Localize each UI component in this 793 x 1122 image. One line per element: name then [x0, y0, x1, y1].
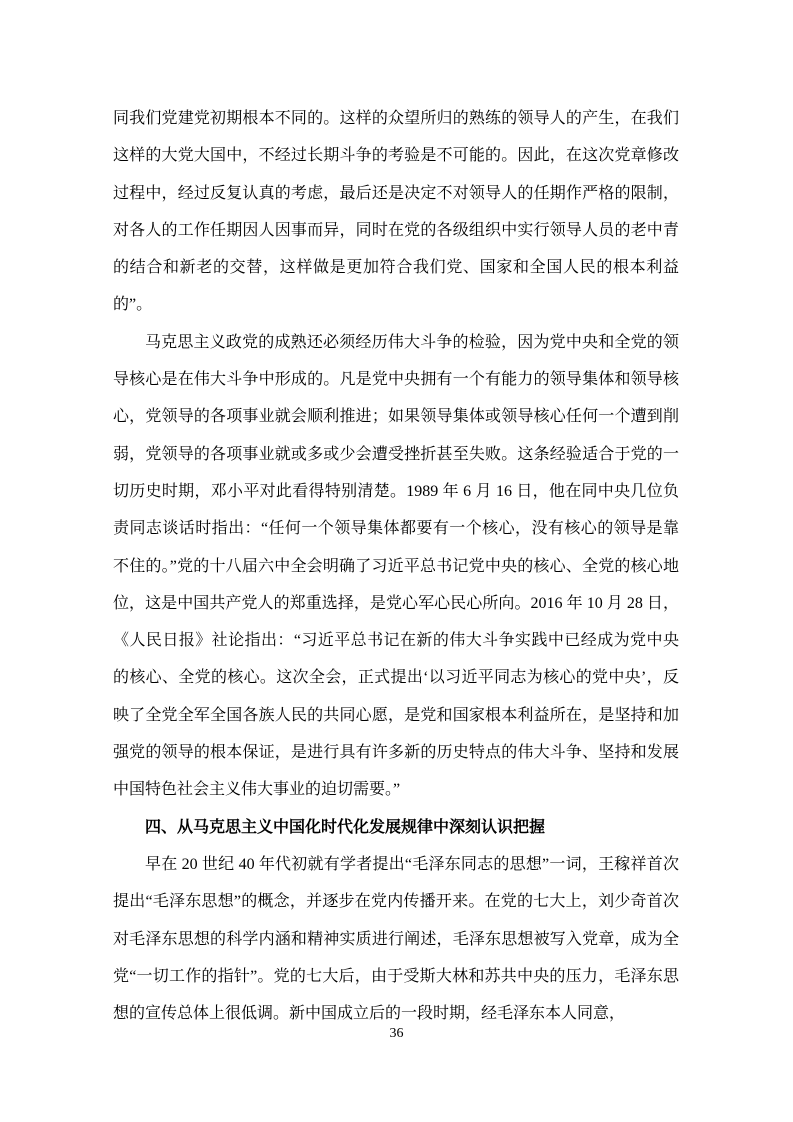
document-page: 同我们党建党初期根本不同的。这样的众望所归的熟练的领导人的产生，在我们这样的大党… — [0, 0, 793, 1122]
body-paragraph: 早在 20 世纪 40 年代初就有学者提出“毛泽东同志的思想”一词，王稼祥首次提… — [113, 846, 679, 1032]
body-paragraph: 马克思主义政党的成熟还必须经历伟大斗争的检验，因为党中央和全党的领导核心是在伟大… — [113, 324, 679, 809]
page-body: 同我们党建党初期根本不同的。这样的众望所归的熟练的领导人的产生，在我们这样的大党… — [113, 100, 679, 1032]
body-paragraph-continuation: 同我们党建党初期根本不同的。这样的众望所归的熟练的领导人的产生，在我们这样的大党… — [113, 100, 679, 324]
page-footer: 36 — [0, 1024, 793, 1043]
page-number: 36 — [390, 1026, 404, 1041]
section-heading: 四、从马克思主义中国化时代化发展规律中深刻认识把握 — [113, 809, 679, 846]
